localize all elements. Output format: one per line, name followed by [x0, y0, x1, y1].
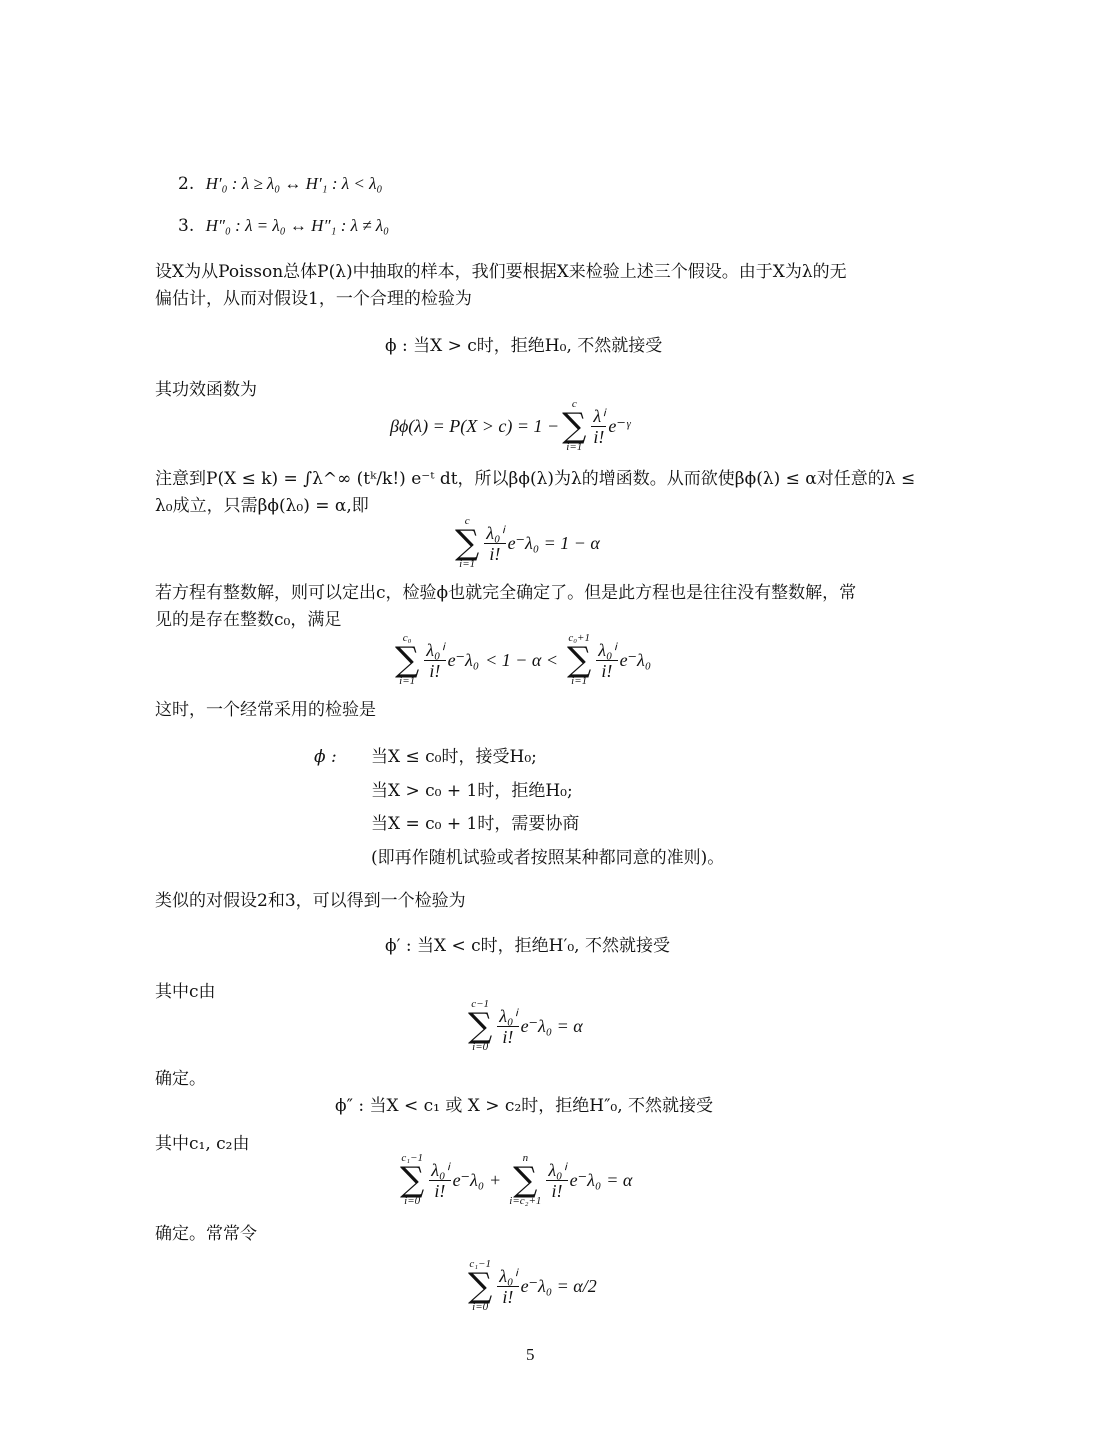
sum-symbol: c ∑ i=1 [562, 398, 586, 454]
hypothesis-text: H′₀ : λ ≥ λ₀ ↔ H′₁ : λ < λ₀ [206, 174, 383, 193]
fraction: λ₀ⁱ i! [429, 1160, 450, 1201]
hypothesis-item-3: 3. H″₀ : λ = λ₀ ↔ H″₁ : λ ≠ λ₀ [178, 214, 389, 238]
fraction: λ₀ⁱ i! [596, 640, 617, 681]
test-case: 当X ≤ c₀时，接受H₀; [371, 745, 537, 769]
sum-symbol: c₀ ∑ i=1 [395, 632, 419, 688]
sum-symbol: c ∑ i=1 [455, 515, 479, 571]
fraction: λ₀ⁱ i! [484, 523, 505, 564]
equation-4: c−1 ∑ i=0 λ₀ⁱ i! e⁻λ₀ = α [465, 998, 583, 1054]
fraction: λ₀ⁱ i! [497, 1266, 518, 1307]
equation-2: c ∑ i=1 λ₀ⁱ i! e⁻λ₀ = 1 − α [452, 515, 600, 571]
similar-text: 类似的对假设2和3，可以得到一个检验为 [155, 889, 466, 913]
fraction: λⁱ i! [591, 406, 606, 447]
page-number: 5 [526, 1345, 535, 1365]
hypothesis-item-2: 2. H′₀ : λ ≥ λ₀ ↔ H′₁ : λ < λ₀ [178, 172, 382, 196]
power-intro: 其功效函数为 [155, 378, 257, 402]
test-phi-double-prime: ϕ″ : 当X < c₁ 或 X > c₂时，拒绝H″₀, 不然就接受 [335, 1094, 713, 1118]
fraction: λ₀ⁱ i! [424, 640, 445, 681]
test-intro: 这时，一个经常采用的检验是 [155, 698, 376, 722]
paragraph-line: 见的是存在整数c₀，满足 [155, 608, 341, 632]
test-case: (即再作随机试验或者按照某种都同意的准则)。 [371, 846, 724, 870]
test-case: 当X = c₀ + 1时，需要协商 [371, 812, 579, 836]
test-phi-prime: ϕ′ : 当X < c时，拒绝H′₀, 不然就接受 [385, 934, 670, 958]
determined-text: 确定。 [155, 1067, 206, 1091]
paragraph-line: λ₀成立，只需βϕ(λ₀) = α,即 [155, 494, 369, 518]
test-phi: ϕ : 当X > c时，拒绝H₀, 不然就接受 [385, 334, 662, 358]
paragraph-line: 设X为从Poisson总体P(λ)中抽取的样本，我们要根据X来检验上述三个假设。… [155, 260, 847, 284]
test-phi-label: ϕ : [314, 745, 337, 769]
sum-symbol: c₁−1 ∑ i=0 [468, 1258, 492, 1314]
determined-text: 确定。常常令 [155, 1222, 257, 1246]
equation-3: c₀ ∑ i=1 λ₀ⁱ i! e⁻λ₀ < 1 − α < c₀+1 ∑ i=… [392, 632, 651, 688]
item-number: 2. [178, 174, 194, 194]
hypothesis-text: H″₀ : λ = λ₀ ↔ H″₁ : λ ≠ λ₀ [206, 216, 389, 235]
sum-symbol: c−1 ∑ i=0 [468, 998, 492, 1054]
where-c1-c2: 其中c₁, c₂由 [155, 1132, 249, 1156]
paragraph-line: 若方程有整数解，则可以定出c，检验ϕ也就完全确定了。但是此方程也是往往没有整数解… [155, 581, 856, 605]
fraction: λ₀ⁱ i! [546, 1160, 567, 1201]
paragraph-line: 注意到P(X ≤ k) = ∫λ^∞ (tᵏ/k!) e⁻ᵗ dt，所以βϕ(λ… [155, 467, 915, 491]
sum-symbol: c₁−1 ∑ i=0 [400, 1152, 424, 1208]
test-case: 当X > c₀ + 1时，拒绝H₀; [371, 779, 573, 803]
fraction: λ₀ⁱ i! [497, 1006, 518, 1047]
power-equation: βϕ(λ) = P(X > c) = 1 − c ∑ i=1 λⁱ i! e⁻ᵞ [390, 398, 630, 454]
equation-6: c₁−1 ∑ i=0 λ₀ⁱ i! e⁻λ₀ = α/2 [465, 1258, 597, 1314]
sum-symbol: n ∑ i=c₂+1 [509, 1152, 541, 1208]
item-number: 3. [178, 216, 194, 236]
eq-lhs: βϕ(λ) = P(X > c) = 1 − [390, 416, 559, 437]
where-c: 其中c由 [155, 980, 216, 1004]
sum-symbol: c₀+1 ∑ i=1 [567, 632, 591, 688]
equation-5: c₁−1 ∑ i=0 λ₀ⁱ i! e⁻λ₀ + n ∑ i=c₂+1 λ₀ⁱ … [397, 1152, 632, 1208]
paragraph-line: 偏估计，从而对假设1，一个合理的检验为 [155, 287, 472, 311]
